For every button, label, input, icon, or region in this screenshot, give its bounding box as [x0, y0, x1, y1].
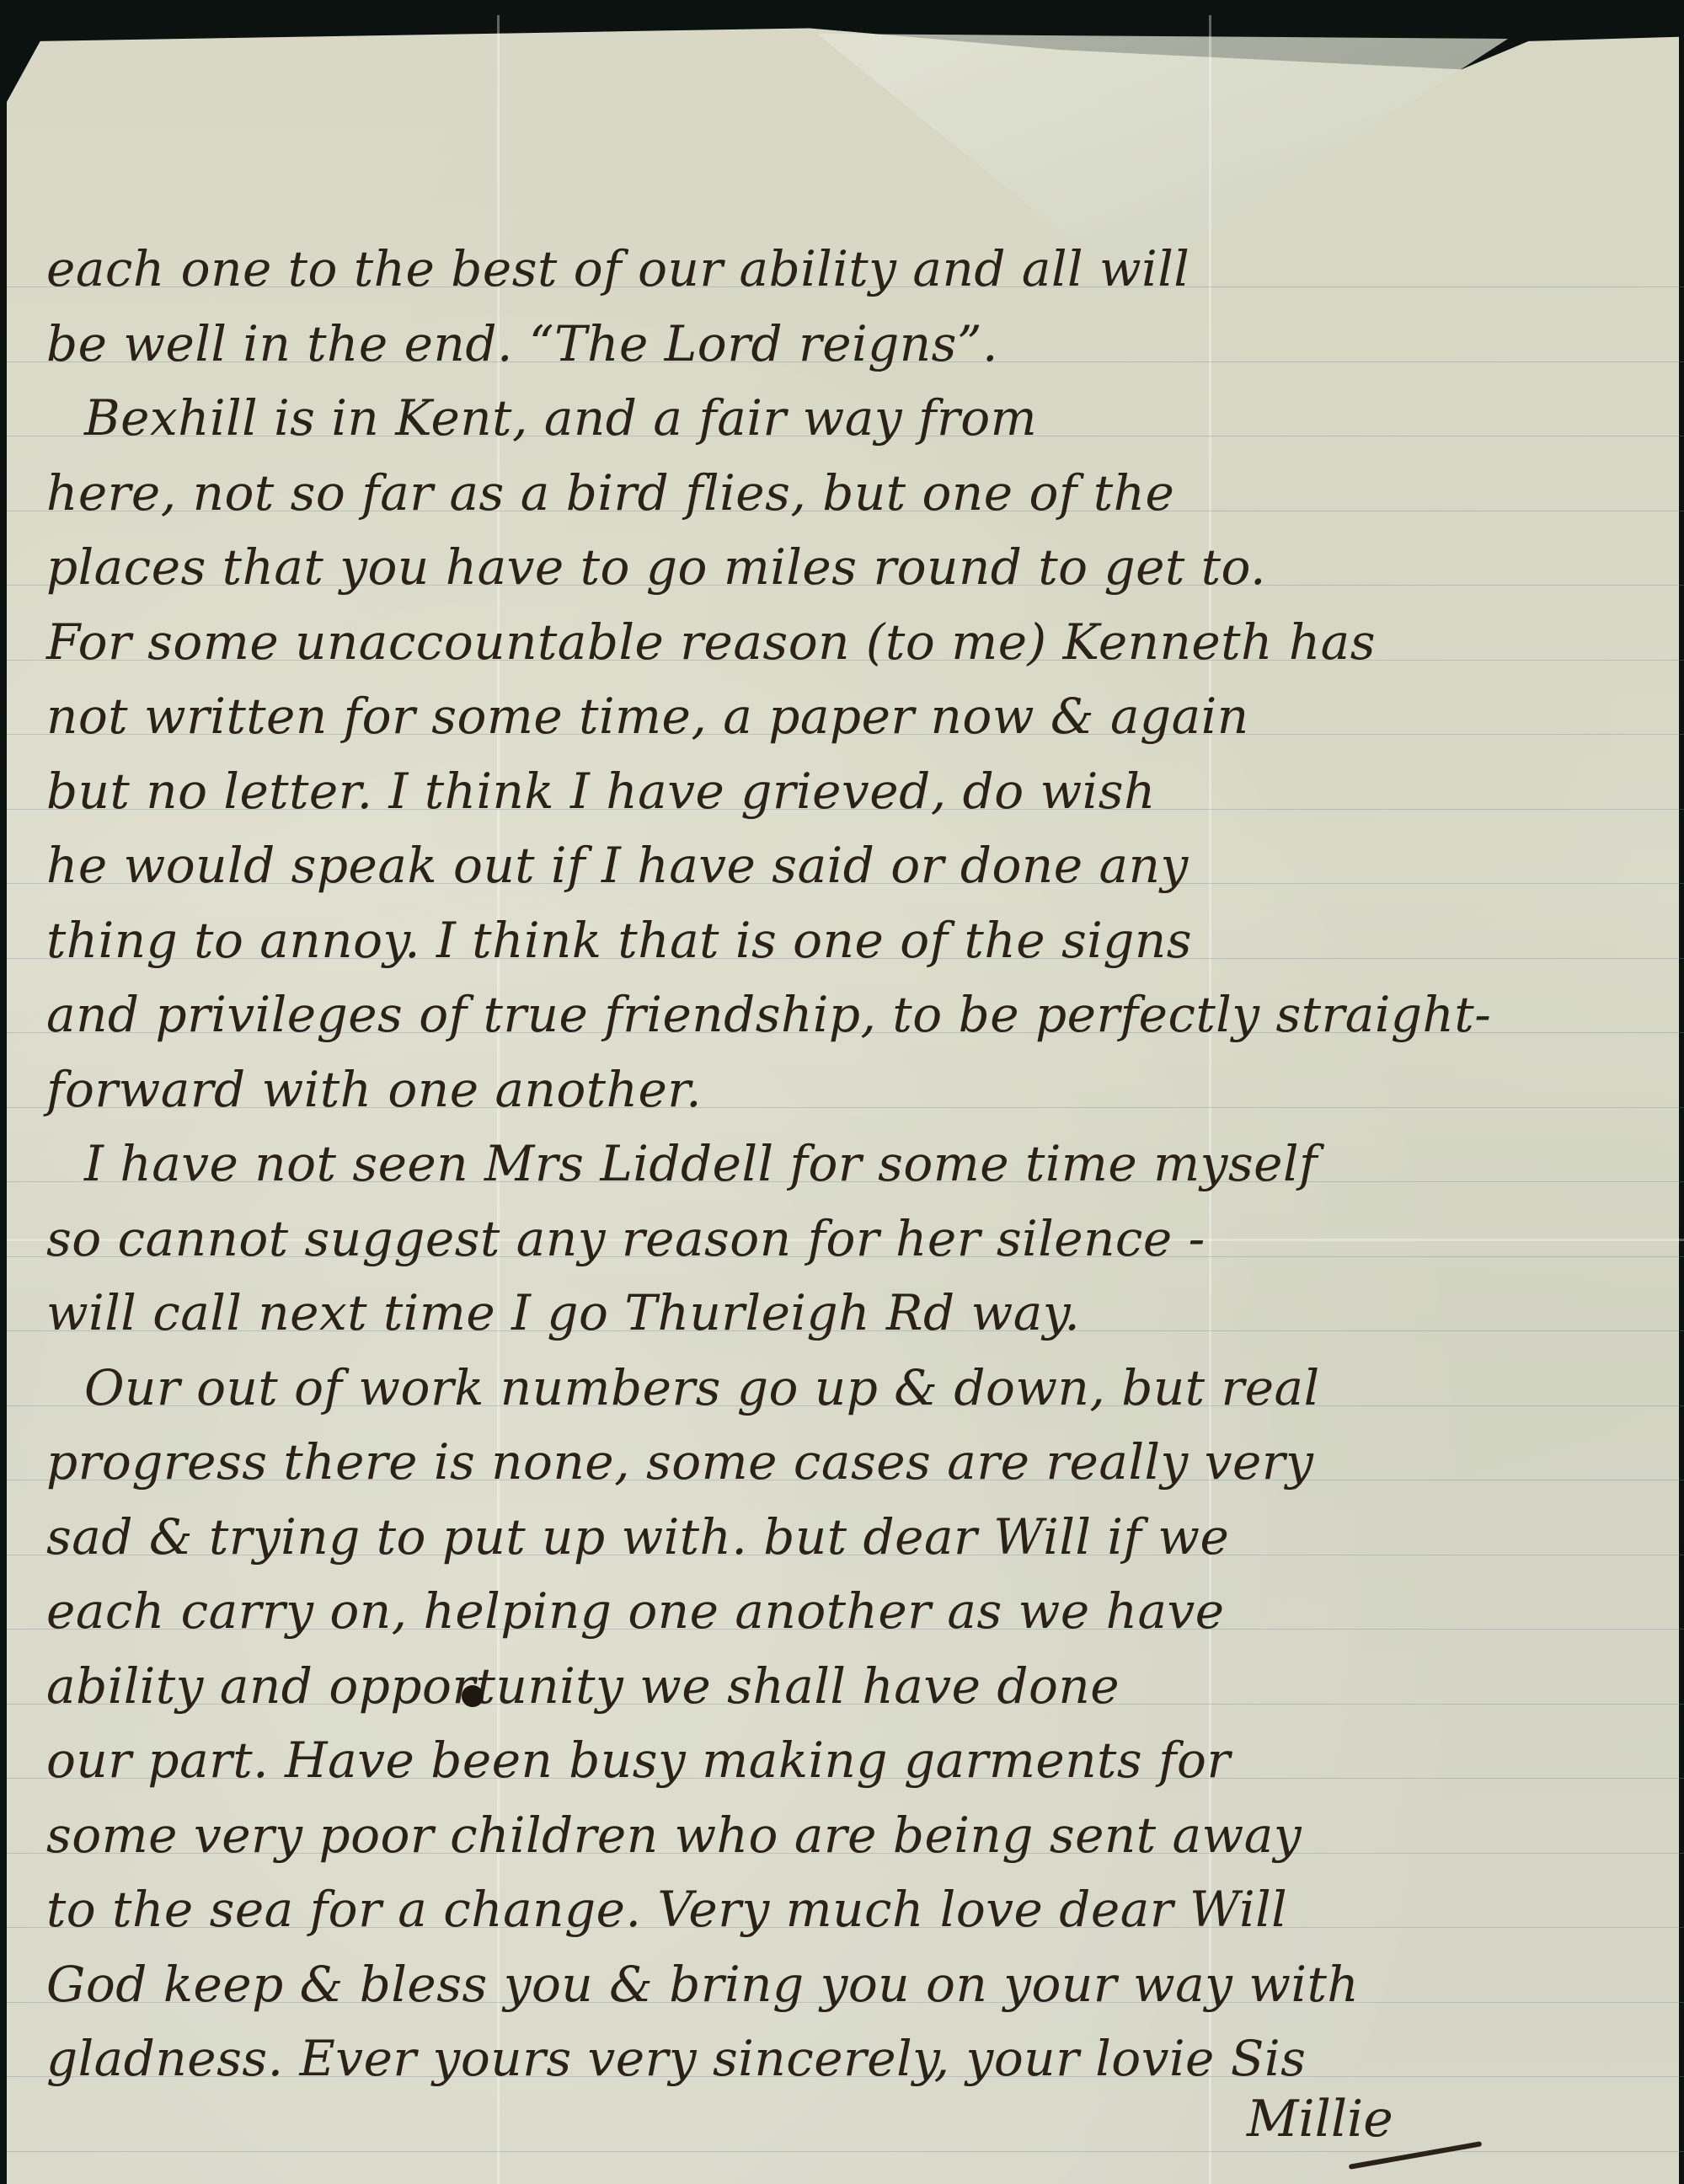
letter-line: Our out of work numbers go up & down, bu… [46, 1351, 1655, 1426]
letter-line: not written for some time, a paper now &… [46, 679, 1655, 754]
letter-line: he would speak out if I have said or don… [46, 828, 1655, 903]
letter-line: Bexhill is in Kent, and a fair way from [46, 381, 1655, 456]
letter-line: each one to the best of our ability and … [46, 232, 1655, 307]
letter-line: progress there is none, some cases are r… [46, 1425, 1655, 1500]
letter-line: sad & trying to put up with. but dear Wi… [46, 1500, 1655, 1575]
letter-line: our part. Have been busy making garments… [46, 1723, 1655, 1798]
letter-line: but no letter. I think I have grieved, d… [46, 754, 1655, 829]
letter-line: so cannot suggest any reason for her sil… [46, 1202, 1655, 1277]
letter-line: forward with one another. [46, 1052, 1655, 1127]
letter-line: some very poor children who are being se… [46, 1798, 1655, 1873]
signature: Millie [1247, 2090, 1393, 2149]
letter-line: each carry on, helping one another as we… [46, 1574, 1655, 1649]
letter-line: will call next time I go Thurleigh Rd wa… [46, 1276, 1655, 1351]
letter-body: each one to the best of our ability and … [46, 232, 1655, 2096]
letter-line: ability and opportunity we shall have do… [46, 1649, 1655, 1724]
letter-line: thing to annoy. I think that is one of t… [46, 903, 1655, 978]
letter-line: For some unaccountable reason (to me) Ke… [46, 605, 1655, 680]
letter-line: places that you have to go miles round t… [46, 530, 1655, 605]
letter-line: here, not so far as a bird flies, but on… [46, 456, 1655, 531]
letter-line: and privileges of true friendship, to be… [46, 977, 1655, 1052]
letter-line: God keep & bless you & bring you on your… [46, 1947, 1655, 2022]
ink-blot [462, 1685, 484, 1707]
letter-line: I have not seen Mrs Liddell for some tim… [46, 1127, 1655, 1202]
letter-line: gladness. Ever yours very sincerely, you… [46, 2021, 1655, 2096]
letter-line: to the sea for a change. Very much love … [46, 1872, 1655, 1947]
letter-line: be well in the end. “The Lord reigns”. [46, 307, 1655, 382]
